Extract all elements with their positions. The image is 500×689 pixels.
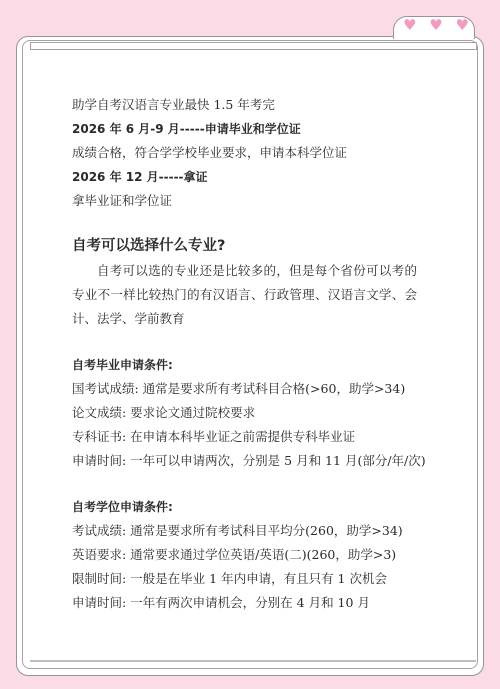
graduation-item: 国考试成绩: 通常是要求所有考试科目合格(>60，助学>34) xyxy=(72,377,422,401)
degree-item: 考试成绩: 通常是要求所有考试科目平均分(260，助学>34) xyxy=(72,519,422,543)
step-description: 拿毕业证和学位证 xyxy=(72,189,422,213)
graduation-item: 专科证书: 在申请本科毕业证之前需提供专科毕业证 xyxy=(72,425,422,449)
hearts-decoration: ♥ ♥ ♥ xyxy=(403,18,469,33)
document-content: 助学自考汉语言专业最快 1.5 年考完 2026 年 6 月-9 月-----申… xyxy=(72,93,422,615)
majors-paragraph: 自考可以选的专业还是比较多的，但是每个省份可以考的专业不一样比较热门的有汉语言、… xyxy=(72,259,417,331)
degree-item: 申请时间: 一年有两次申请机会，分别在 4 月和 10 月 xyxy=(72,591,422,615)
top-bar xyxy=(30,42,477,50)
degree-item: 英语要求: 通常要求通过学位英语/英语(二)(260，助学>3) xyxy=(72,543,422,567)
degree-heading: 自考学位申请条件: xyxy=(72,495,422,519)
bottom-divider xyxy=(30,660,476,662)
graduation-heading: 自考毕业申请条件: xyxy=(72,353,422,377)
intro-line: 助学自考汉语言专业最快 1.5 年考完 xyxy=(72,93,422,117)
majors-heading: 自考可以选择什么专业? xyxy=(72,233,422,259)
degree-item: 限制时间: 一般是在毕业 1 年内申请，有且只有 1 次机会 xyxy=(72,567,422,591)
step-description: 成绩合格，符合学学校毕业要求，申请本科学位证 xyxy=(72,141,422,165)
graduation-item: 申请时间: 一年可以申请两次，分别是 5 月和 11 月(部分/年/次) xyxy=(72,449,422,473)
step-title: 2026 年 6 月-9 月-----申请毕业和学位证 xyxy=(72,117,422,141)
heart-icon: ♥ xyxy=(429,18,442,33)
step-title: 2026 年 12 月-----拿证 xyxy=(72,165,422,189)
heart-icon: ♥ xyxy=(403,18,416,33)
graduation-item: 论文成绩: 要求论文通过院校要求 xyxy=(72,401,422,425)
heart-icon: ♥ xyxy=(456,18,469,33)
